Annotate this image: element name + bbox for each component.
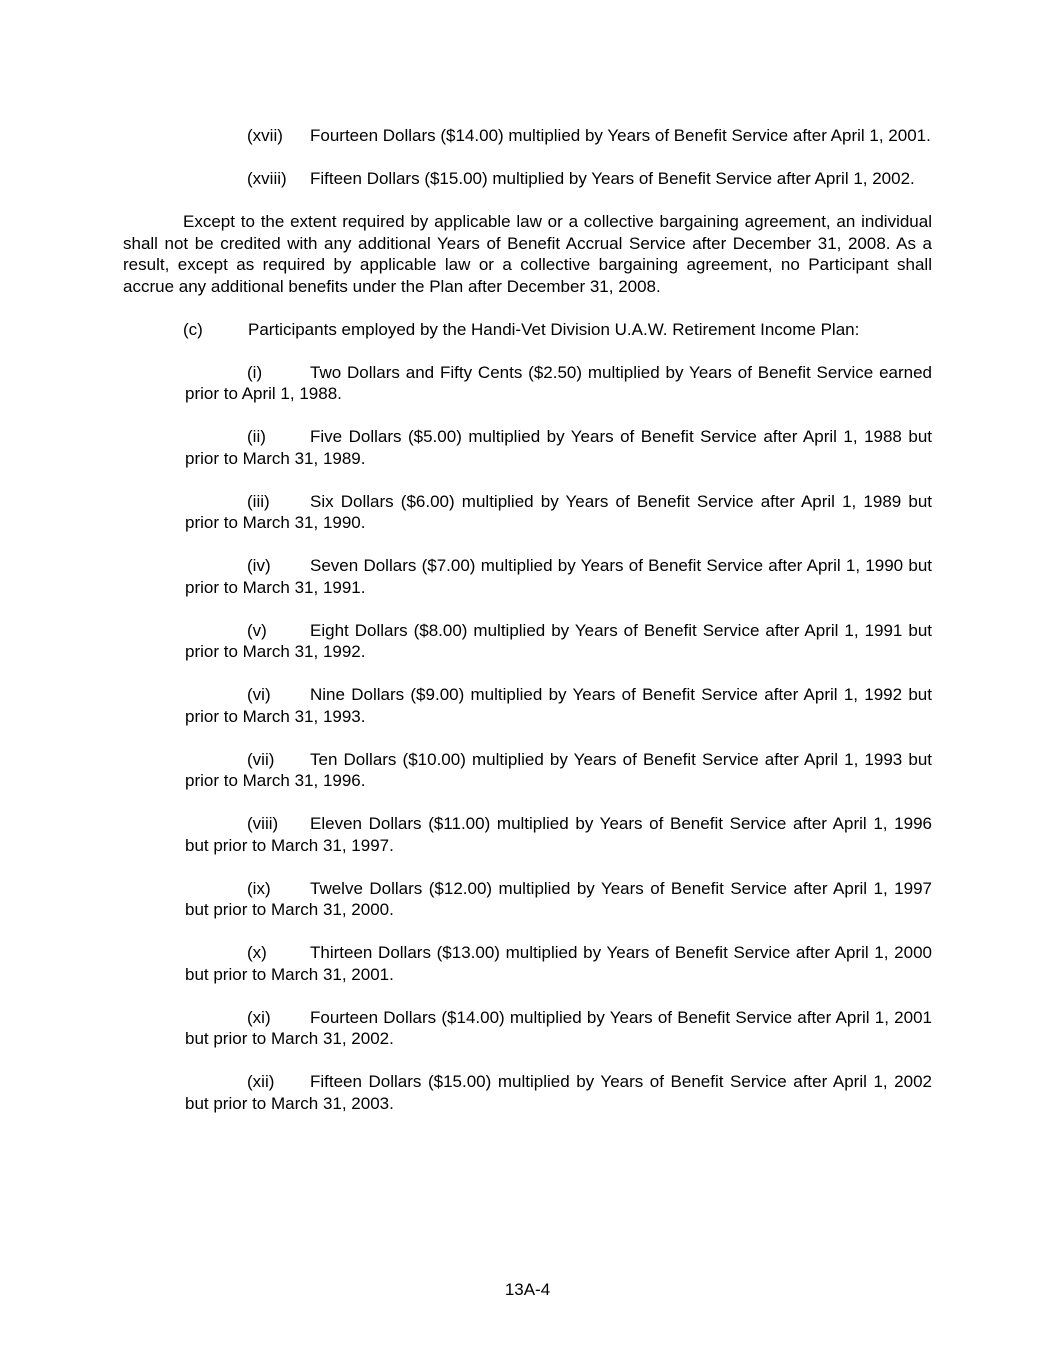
subclause-paragraph: (v)Eight Dollars ($8.00) multiplied by Y… — [185, 620, 932, 663]
subclause-paragraph: (i)Two Dollars and Fifty Cents ($2.50) m… — [185, 362, 932, 405]
subclause-paragraph: (ix)Twelve Dollars ($12.00) multiplied b… — [185, 878, 932, 921]
subclause-list-continued: (xvii)Fourteen Dollars ($14.00) multipli… — [123, 125, 932, 190]
subclause-paragraph: (x)Thirteen Dollars ($13.00) multiplied … — [185, 942, 932, 985]
subclause-number: (viii) — [247, 813, 310, 835]
document-page: (xvii)Fourteen Dollars ($14.00) multipli… — [0, 0, 1055, 1365]
subclause-number: (ii) — [247, 426, 310, 448]
subclause-number: (vii) — [247, 749, 310, 771]
subclause-number: (xvii) — [247, 125, 310, 147]
subclause-paragraph: (xviii)Fifteen Dollars ($15.00) multipli… — [185, 168, 932, 190]
subclause-text: Fourteen Dollars ($14.00) multiplied by … — [310, 126, 931, 145]
clause-c-paragraph: (c)Participants employed by the Handi-Ve… — [123, 319, 932, 341]
clause-c-text: Participants employed by the Handi-Vet D… — [248, 320, 859, 339]
subclause-number: (xi) — [247, 1007, 310, 1029]
no-accrual-paragraph: Except to the extent required by applica… — [123, 211, 932, 297]
subclause-paragraph: (iv)Seven Dollars ($7.00) multiplied by … — [185, 555, 932, 598]
subclause-number: (x) — [247, 942, 310, 964]
subclause-number: (ix) — [247, 878, 310, 900]
page-number: 13A-4 — [0, 1279, 1055, 1301]
subclause-paragraph: (iii)Six Dollars ($6.00) multiplied by Y… — [185, 491, 932, 534]
document-content: (xvii)Fourteen Dollars ($14.00) multipli… — [123, 125, 932, 1136]
subclause-paragraph: (ii)Five Dollars ($5.00) multiplied by Y… — [185, 426, 932, 469]
clause-c-number: (c) — [183, 319, 248, 341]
subclause-paragraph: (xvii)Fourteen Dollars ($14.00) multipli… — [185, 125, 932, 147]
subclause-text: Fifteen Dollars ($15.00) multiplied by Y… — [310, 169, 915, 188]
subclause-number: (vi) — [247, 684, 310, 706]
subclause-paragraph: (vii)Ten Dollars ($10.00) multiplied by … — [185, 749, 932, 792]
subclause-number: (iii) — [247, 491, 310, 513]
subclause-paragraph: (xii)Fifteen Dollars ($15.00) multiplied… — [185, 1071, 932, 1114]
subclause-paragraph: (viii)Eleven Dollars ($11.00) multiplied… — [185, 813, 932, 856]
subclause-number: (xviii) — [247, 168, 310, 190]
subclause-number: (v) — [247, 620, 310, 642]
subclause-number: (xii) — [247, 1071, 310, 1093]
subclause-paragraph: (vi)Nine Dollars ($9.00) multiplied by Y… — [185, 684, 932, 727]
subclause-list-section-c: (i)Two Dollars and Fifty Cents ($2.50) m… — [123, 362, 932, 1115]
subclause-paragraph: (xi)Fourteen Dollars ($14.00) multiplied… — [185, 1007, 932, 1050]
subclause-number: (i) — [247, 362, 310, 384]
subclause-number: (iv) — [247, 555, 310, 577]
